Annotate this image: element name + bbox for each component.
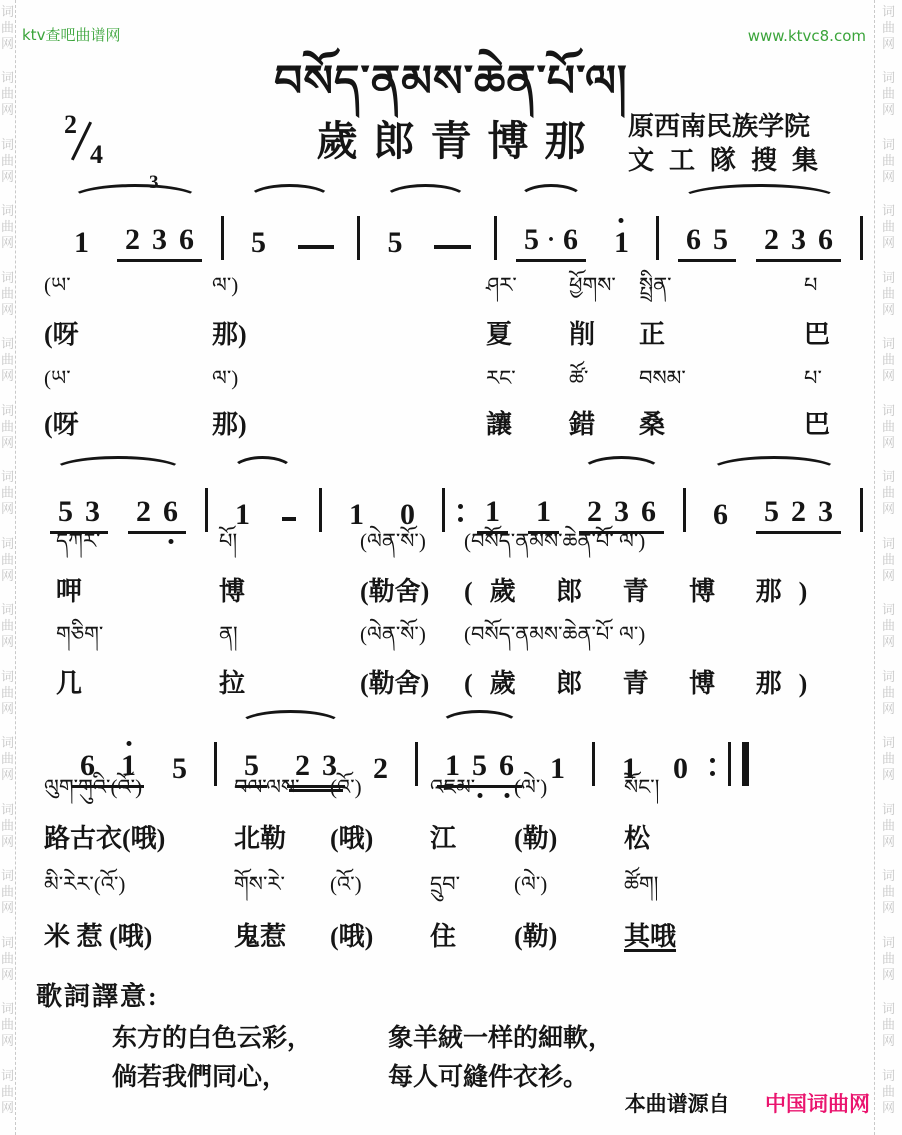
lyric-syllable: 拉 bbox=[219, 663, 245, 700]
lyric-syllable: 夏 bbox=[486, 314, 512, 351]
slur-arc bbox=[680, 184, 839, 199]
score-content: ktv查吧曲谱网 www.ktvc8.com བསོད་ནམས་ཆེན་པོ་ལ… bbox=[0, 0, 902, 1135]
beam-group: 236 bbox=[756, 225, 841, 262]
translation-line2-col2: 每人可縫件衣衫。 bbox=[388, 1057, 588, 1093]
lyric-syllable: ཤར་ bbox=[486, 262, 517, 321]
translation-line1-col1: 东方的白色云彩， bbox=[112, 1018, 312, 1054]
tibetan-lyric-row: (ཡ་ལ་)རང་ཚོ་བསམ་པ་ bbox=[16, 355, 874, 397]
lyric-syllable: (འོ་) bbox=[330, 861, 362, 920]
lyric-syllable: (歲 郎 青 博 那) bbox=[464, 571, 824, 608]
lyric-syllable: གོས་རེ་ bbox=[234, 861, 285, 920]
beam-group: 5·6 bbox=[516, 225, 586, 262]
lyric-syllable: དྲུབ་ bbox=[430, 861, 460, 920]
jianpu-note: 2 bbox=[758, 225, 785, 259]
slur-arc bbox=[383, 184, 468, 199]
lyric-syllable: 住 bbox=[430, 916, 456, 953]
lyric-syllable: (ལེན་སོ་) bbox=[360, 611, 426, 670]
lyric-syllable: (ཡ་ bbox=[44, 262, 71, 321]
lyric-syllable: (འོ་) bbox=[330, 764, 362, 823]
lyric-syllable: འཇམ་ bbox=[430, 764, 475, 823]
tibetan-lyric-row: མི་རེར་(འོ་)གོས་རེ་(འོ་)དྲུབ་(ལེ་)ཚོག། bbox=[16, 861, 874, 903]
lyric-syllable: (勒舍) bbox=[360, 663, 429, 700]
lyric-syllable: ཕྱོགས་ bbox=[569, 262, 616, 321]
lyric-syllable: (བསོད་ནམས་ཆེན་པོ་ ལ་) bbox=[464, 518, 645, 577]
sheet-music-page: 词曲网词曲网词曲网词曲网词曲网词曲网词曲网词曲网词曲网词曲网词曲网词曲网词曲网词… bbox=[0, 0, 902, 1135]
barline bbox=[212, 216, 233, 262]
lyric-syllable: 讓 bbox=[486, 404, 512, 441]
slur-arc bbox=[709, 456, 839, 471]
lyric-syllable: 呷 bbox=[56, 571, 82, 608]
jianpu-note: 3 bbox=[785, 225, 812, 259]
lyric-syllable: པ bbox=[804, 262, 817, 321]
jianpu-note: 5 bbox=[518, 225, 545, 259]
lyric-syllable: སོང་། bbox=[624, 764, 659, 823]
lyric-syllable: (哦) bbox=[330, 818, 373, 855]
lyric-syllable: 鬼惹 bbox=[234, 916, 286, 953]
source-site-link[interactable]: 中国词曲网 bbox=[765, 1092, 870, 1116]
lyric-syllable: གཅིག་ bbox=[56, 611, 103, 670]
tibetan-lyric-row: ལུག་གུའི་(འོ་)བལ་ལས་(འོ་)འཇམ་(ལེ་)སོང་། bbox=[16, 764, 874, 806]
lyric-syllable: 那) bbox=[212, 314, 247, 351]
lyric-syllable: 松 bbox=[624, 818, 650, 855]
lyric-syllable: 桑 bbox=[639, 404, 665, 441]
source-label: 本曲谱源自 bbox=[625, 1092, 730, 1116]
tuplet-number: 3 bbox=[149, 172, 159, 194]
beam-group: 236 bbox=[117, 225, 202, 262]
lyric-syllable: 路古衣(哦) bbox=[44, 818, 165, 855]
slur-arc bbox=[70, 184, 200, 199]
barline-mark bbox=[221, 216, 224, 260]
barline bbox=[851, 216, 872, 262]
lyric-syllable: 巴 bbox=[804, 404, 830, 441]
chinese-lyric-row: 路古衣(哦)北勒(哦)江(勒)松 bbox=[16, 818, 874, 860]
lyric-syllable: 几 bbox=[56, 663, 82, 700]
dash-extension-note bbox=[434, 245, 470, 249]
slur-arc bbox=[238, 710, 343, 725]
beam-group: 65 bbox=[678, 225, 736, 262]
lyric-syllable: 江 bbox=[430, 818, 456, 855]
lyric-syllable: 正 bbox=[639, 314, 665, 351]
lyric-syllable: (歲 郎 青 博 那) bbox=[464, 663, 824, 700]
lyric-syllable: 那) bbox=[212, 404, 247, 441]
lyric-syllable: 博 bbox=[219, 571, 245, 608]
barline-mark bbox=[860, 216, 863, 260]
lyric-syllable: ལུག་གུའི་(འོ་) bbox=[44, 764, 142, 823]
lyric-syllable: (呀 bbox=[44, 404, 79, 441]
slur-arc bbox=[247, 184, 332, 199]
barline bbox=[348, 216, 369, 262]
tibetan-lyric-row: དཀར་པོ།(ལེན་སོ་)(བསོད་ནམས་ཆེན་པོ་ ལ་) bbox=[16, 518, 874, 560]
chinese-lyric-row: (呀那)夏削正巴 bbox=[16, 314, 874, 356]
lyric-syllable: པོ། bbox=[219, 518, 237, 577]
collector-line1: 原西南民族学院 bbox=[628, 110, 880, 144]
lyric-syllable: 削 bbox=[569, 314, 595, 351]
chinese-lyric-row: 几拉(勒舍)(歲 郎 青 博 那) bbox=[16, 663, 874, 705]
barline-mark bbox=[357, 216, 360, 260]
slur-arc bbox=[52, 456, 184, 471]
slur-arc bbox=[518, 184, 584, 199]
lyric-syllable: དཀར་ bbox=[56, 518, 100, 577]
chinese-lyric-row: (呀那)讓錯桑巴 bbox=[16, 404, 874, 446]
slur-arc bbox=[231, 456, 294, 471]
music-line-1: 1236555·61652363 bbox=[40, 176, 872, 262]
lyric-syllable: 北勒 bbox=[234, 818, 286, 855]
barline bbox=[647, 216, 668, 262]
lyric-syllable: 巴 bbox=[804, 314, 830, 351]
lyric-syllable: (ལེ་) bbox=[514, 764, 547, 823]
barline bbox=[485, 216, 506, 262]
jianpu-note: 5 bbox=[381, 228, 408, 262]
jianpu-note: · bbox=[545, 228, 557, 259]
jianpu-note: 2 bbox=[119, 225, 146, 259]
jianpu-note: 5 bbox=[245, 228, 272, 262]
chinese-lyric-row: 呷博(勒舍)(歲 郎 青 博 那) bbox=[16, 571, 874, 613]
chinese-lyric-row: 米 惹 (哦)鬼惹(哦)住(勒)其哦 bbox=[16, 916, 874, 958]
slur-arc bbox=[439, 710, 520, 725]
translation-line1-col2: 象羊絨一样的細軟， bbox=[388, 1018, 613, 1054]
jianpu-note: 1 bbox=[608, 228, 635, 262]
tibetan-lyric-row: གཅིག་ན།(ལེན་སོ་)(བསོད་ནམས་ཆེན་པོ་ ལ་) bbox=[16, 611, 874, 653]
jianpu-note: 6 bbox=[812, 225, 839, 259]
collector-line2: 文工隊搜集 bbox=[628, 144, 880, 178]
footer-source: 本曲谱源自 中国词曲网 bbox=[625, 1088, 870, 1118]
barline-mark bbox=[494, 216, 497, 260]
jianpu-note: 6 bbox=[680, 225, 707, 259]
lyric-syllable: (呀 bbox=[44, 314, 79, 351]
jianpu-note: 6 bbox=[173, 225, 200, 259]
jianpu-note: 5 bbox=[707, 225, 734, 259]
jianpu-note: 1 bbox=[68, 228, 95, 262]
lyric-syllable: (勒舍) bbox=[360, 571, 429, 608]
tibetan-lyric-row: (ཡ་ལ་)ཤར་ཕྱོགས་སྤྲིན་པ bbox=[16, 262, 874, 304]
lyric-syllable: (勒) bbox=[514, 818, 557, 855]
barline-mark bbox=[656, 216, 659, 260]
translation-line2-col1: 倘若我們同心， bbox=[112, 1057, 287, 1093]
lyric-syllable: ཚོག། bbox=[624, 861, 658, 920]
slur-arc bbox=[581, 456, 662, 471]
translation-heading: 歌詞譯意: bbox=[36, 976, 159, 1013]
jianpu-note: 6 bbox=[557, 225, 584, 259]
lyric-syllable: (哦) bbox=[330, 916, 373, 953]
lyric-syllable: 錯 bbox=[569, 404, 595, 441]
jianpu-note: 3 bbox=[146, 225, 173, 259]
lyric-syllable: མི་རེར་(འོ་) bbox=[44, 861, 125, 920]
lyric-syllable: ན། bbox=[219, 611, 238, 670]
lyric-syllable: (勒) bbox=[514, 916, 557, 953]
lyric-syllable: བལ་ལས་ bbox=[234, 764, 299, 823]
lyric-syllable: 米 惹 (哦) bbox=[44, 916, 152, 953]
lyric-syllable: (བསོད་ནམས་ཆེན་པོ་ ལ་) bbox=[464, 611, 645, 670]
lyric-syllable: སྤྲིན་ bbox=[639, 262, 672, 321]
collector-credit: 原西南民族学院 文工隊搜集 bbox=[628, 110, 880, 178]
lyric-syllable: ལ་) bbox=[212, 262, 238, 321]
dash-extension-note bbox=[298, 245, 334, 249]
lyric-syllable: (ལེ་) bbox=[514, 861, 547, 920]
lyric-syllable: (ལེན་སོ་) bbox=[360, 518, 426, 577]
lyric-syllable: 其哦 bbox=[624, 916, 676, 953]
